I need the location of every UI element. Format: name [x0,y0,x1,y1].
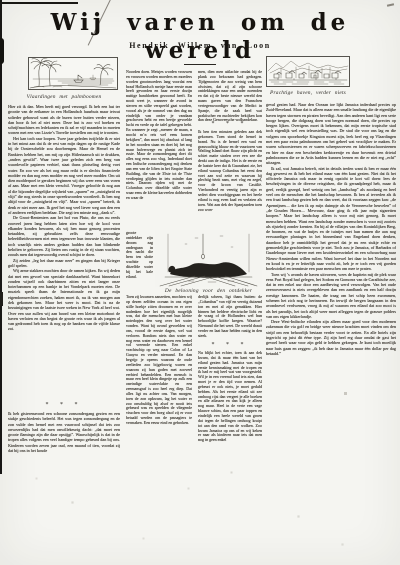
discoverer-reward-illustration [155,230,262,287]
column-1-text-continued: Ik heb gisterenavond een schoone zonsond… [8,411,120,468]
column-2-text-beside-figure: groote ontdekker zijn droom zag ondergaa… [126,231,153,287]
section-break-asterisks: * * * [198,342,262,349]
author-byline: Hendrik Willem van Loon [0,41,400,50]
figure-caption-left: Vlaardingen met palmboomen [8,94,120,100]
section-break-asterisks: * * * [8,402,120,409]
figure-palms-shore [28,57,118,90]
scan-corner-mark [387,3,394,6]
harbour-illustration [266,56,350,87]
palms-shore-illustration [28,57,118,90]
column-2-text: Noorden doen. Meisjes worden vrouwen en … [126,70,192,230]
column-2-text-continued: Toen zij kwamen aanzetten, mochten wij o… [126,295,192,467]
paragraph: Toen zij kwamen aanzetten, mochten wij o… [126,295,192,426]
paragraph: Ik heb gisterenavond een schoone zonsond… [8,411,120,453]
column-4-text: geval gezien had. Naar den Oceaan toe li… [266,102,396,468]
scan-speckles [0,0,1,1]
column-1-text: Hier zit ik dan. Men heeft mij goed verz… [8,104,120,402]
section-break-asterisks: * * * [198,121,262,128]
paragraph: Deze West-Indische eilanden zijn alleen … [266,319,396,356]
figure-discoverer-reward [155,230,262,292]
paragraph: Wij arme stakkers mochten door de ramen … [8,268,120,332]
scan-edge-blob [0,292,3,306]
scan-top-line [0,2,78,4]
paragraph: Het kan toch raar loopen. Twee jaar gele… [8,136,120,215]
scan-edge-line [0,0,2,474]
paragraph: Ik zal, wat Jamaica betreft, niet in det… [266,166,396,272]
paragraph: Nu blijkt het echter, toen ik aan dek kw… [198,351,262,443]
paragraph: De Groot-Renteniers aan het hof van Plut… [8,215,120,257]
figure-harbour [266,56,350,87]
figure-caption-right: Prachtige haven, verder niets [258,90,358,96]
column-3-text-final: Nu blijkt het echter, toen ik aan dek kw… [198,351,262,467]
paragraph: groote ontdekker zijn droom zag ondergaa… [126,231,153,279]
paragraph: Zij zeiden „leg het daar maar neer” en g… [8,258,120,269]
figure-caption-middle: De belooning voor den ontdekker [150,288,267,294]
paragraph: derlijk scheen, ligt thans buiten: de „C… [198,295,262,339]
column-3-text: men, dien men uitlachte omdat hij de pla… [198,70,262,121]
paragraph: men, dien men uitlachte omdat hij de pla… [198,70,262,121]
column-3-text-continued: Ik ben tien minuten geleden aan dek geko… [198,130,262,230]
paragraph: Ik ben tien minuten geleden aan dek geko… [198,130,262,212]
paragraph: geval gezien had. Naar den Oceaan toe li… [266,102,396,166]
byline-divider [184,64,216,65]
paragraph: Toen wij ’s avonds de haven uitvoeren, w… [266,272,396,320]
paragraph: Noorden doen. Meisjes worden vrouwen en … [126,70,192,201]
newspaper-page: Wij varen om de wereld Hendrik Willem va… [0,0,400,565]
paragraph: Hier zit ik dan. Men heeft mij goed verz… [8,104,120,136]
column-3-text-below-figure: derlijk scheen, ligt thans buiten: de „C… [198,295,262,342]
